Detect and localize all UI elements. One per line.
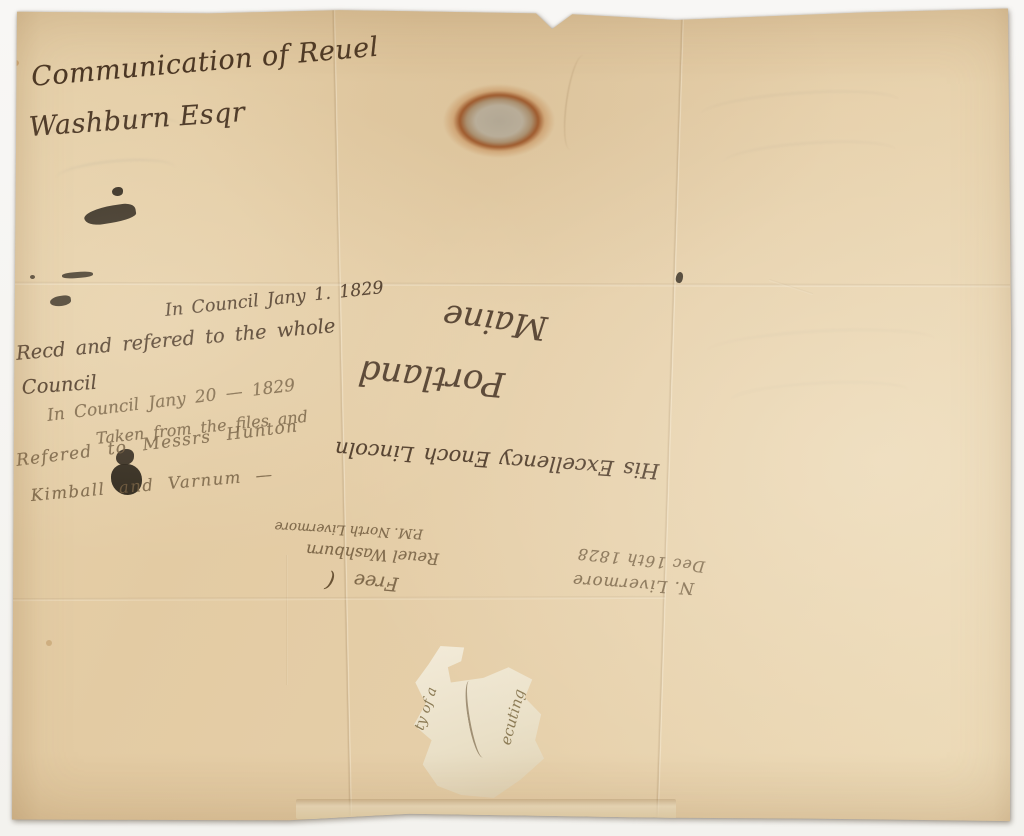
fragment-pen-swash <box>461 679 490 759</box>
scan-background: ) Communication of Reuel Washburn Esqr I… <box>0 0 1024 836</box>
address-addressee: His Excellency Enoch Lincoln <box>329 426 665 493</box>
fold-line-horizontal-lower <box>10 596 665 601</box>
paper-content: ) Communication of Reuel Washburn Esqr I… <box>0 0 1024 836</box>
council-jan20-body-3: Kimball and Varnum — <box>30 465 274 505</box>
ink-dot <box>30 275 35 279</box>
show-through-mark <box>705 324 936 368</box>
fold-line-vertical-left <box>332 8 353 816</box>
council-jan1-dateline: In Council Jany 1. 1829 <box>164 278 385 321</box>
frank-free-label: Free <box>349 566 403 598</box>
show-through-mark <box>55 155 177 191</box>
show-through-mark <box>721 136 898 178</box>
address-state: Maine <box>423 292 567 353</box>
letter-paper: ) Communication of Reuel Washburn Esqr I… <box>8 6 1012 826</box>
docket-line-1: Communication of Reuel <box>30 32 380 93</box>
show-through-mark <box>729 377 910 414</box>
council-jan1-body-1: Recd and refered to the whole <box>15 314 336 365</box>
ink-blot <box>49 295 71 308</box>
fold-line-vertical-right <box>655 6 685 818</box>
paper-shadow-wrap: ) Communication of Reuel Washburn Esqr I… <box>0 0 1024 836</box>
ink-dot <box>675 271 685 284</box>
fragment-text-b: ecuting <box>496 687 528 747</box>
fold-line-diagonal-small <box>769 279 813 295</box>
pen-flourish-mark: ) <box>323 567 337 593</box>
torn-seal-fragment: orty of a ecuting <box>402 646 550 798</box>
age-spot <box>12 60 19 66</box>
fragment-text-a: orty of a <box>407 685 441 747</box>
fold-line-horizontal-upper <box>10 282 1010 288</box>
ink-blot <box>112 187 123 196</box>
docket-line-2: Washburn Esqr <box>28 97 246 143</box>
paper-hairline-crack <box>559 54 593 151</box>
ink-smear <box>83 202 137 227</box>
show-through-mark <box>699 85 901 131</box>
age-spot <box>46 640 52 646</box>
ink-dash <box>62 271 93 279</box>
wafer-seal-stain <box>443 84 555 158</box>
under-page-edge <box>296 799 676 819</box>
address-town: Portland <box>336 344 527 412</box>
fold-line-vertical-short <box>286 555 288 685</box>
council-jan1-body-2: Council <box>21 371 98 399</box>
